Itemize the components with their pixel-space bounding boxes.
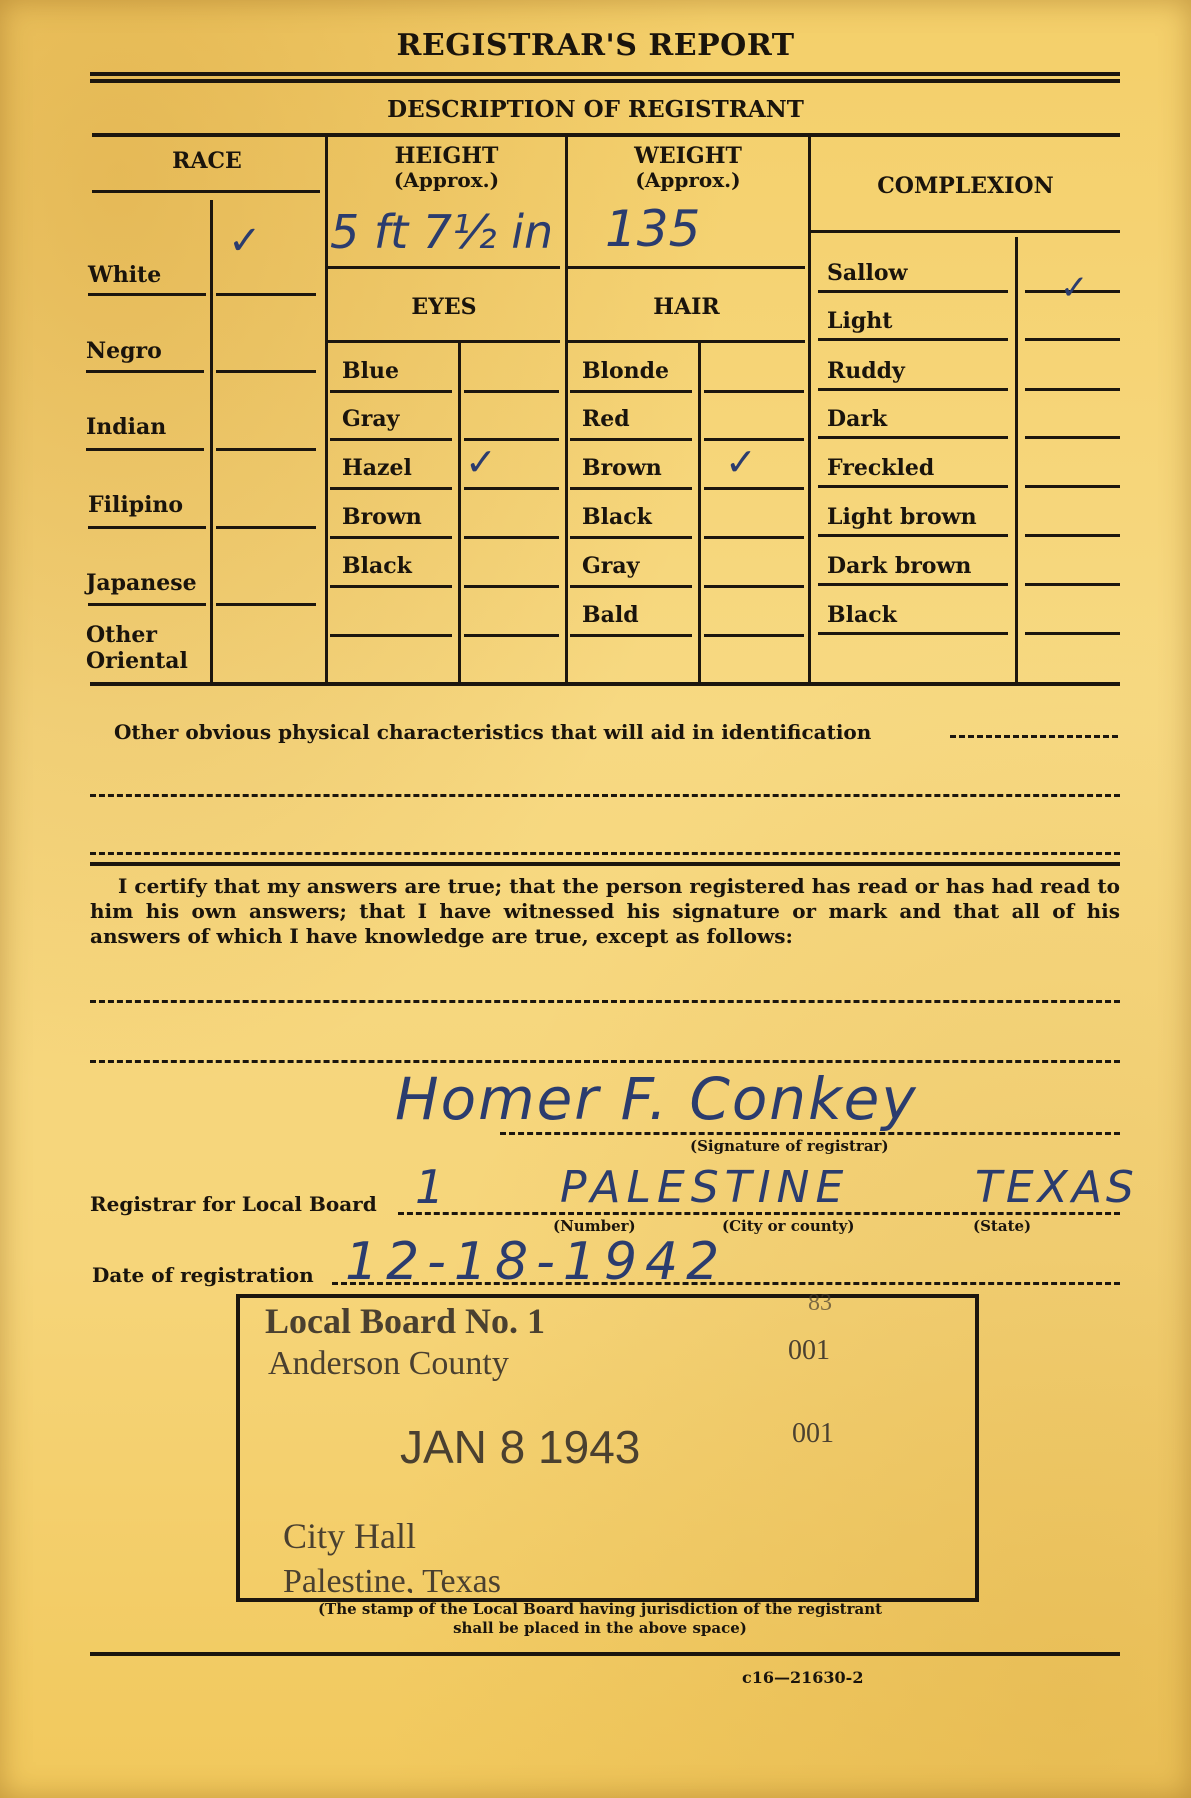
hair-row-rule [570, 390, 692, 393]
complexion-row-rule [818, 534, 1008, 537]
race-check-rule [216, 370, 316, 373]
stamp-line-3: City Hall [283, 1515, 416, 1557]
complexion-option-light-brown: Light brown [827, 504, 977, 530]
eyes-option-hazel: Hazel [342, 455, 412, 481]
complexion-option-dark: Dark [827, 406, 887, 432]
section-title: DESCRIPTION OF REGISTRANT [0, 96, 1191, 123]
race-row-rule [88, 526, 206, 529]
registrar-signature[interactable]: Homer F. Conkey [395, 1065, 918, 1133]
complexion-option-freckled: Freckled [827, 455, 934, 481]
eyes-header-rule [328, 340, 560, 343]
race-option-negro: Negro [86, 338, 162, 364]
hair-check-rule [704, 487, 804, 490]
weight-header-sub: (Approx.) [568, 168, 808, 192]
table-bottom-rule [90, 682, 1120, 686]
complexion-option-light: Light [827, 308, 892, 334]
stamp-code-2: 001 [788, 1335, 830, 1367]
hair-row-rule [570, 438, 692, 441]
hair-option-black: Black [582, 504, 652, 530]
hair-option-blonde: Blonde [582, 358, 669, 384]
hair-option-red: Red [582, 406, 630, 432]
registration-date[interactable]: 12-18-1942 [345, 1232, 727, 1292]
race-option-white: White [88, 262, 161, 288]
eyes-row-rule [330, 536, 452, 539]
board-state[interactable]: Texas [975, 1162, 1138, 1213]
eyes-option-brown: Brown [342, 504, 422, 530]
race-row-rule [88, 293, 206, 296]
divider-hair-check [698, 342, 701, 683]
race-check-rule [216, 293, 316, 296]
complexion-option-ruddy: Ruddy [827, 358, 905, 384]
complexion-row-rule [818, 583, 1008, 586]
stamp-caption-line-2: shall be placed in the above space) [200, 1619, 1000, 1638]
hair-row-rule [570, 487, 692, 490]
complexion-check-rule [1025, 485, 1120, 488]
complexion-row-rule [818, 290, 1008, 293]
hair-check-rule [704, 390, 804, 393]
exceptions-line-1[interactable] [90, 1000, 1120, 1003]
eyes-option-gray: Gray [342, 406, 399, 432]
race-check-rule [216, 448, 316, 451]
stamp-line-4: Palestine, Texas [283, 1563, 501, 1593]
weight-value-rule [568, 266, 805, 269]
eyes-hazel-check[interactable]: ✓ [465, 440, 497, 484]
complexion-check-rule [1025, 436, 1120, 439]
other-characteristics-label: Other obvious physical characteristics t… [114, 720, 871, 744]
hair-row-rule [570, 634, 692, 637]
eyes-header: EYES [328, 296, 560, 318]
eyes-row-rule [330, 487, 452, 490]
signature-line[interactable] [500, 1132, 1120, 1135]
hair-check-rule [704, 634, 804, 637]
stamp-code-1: 83 [808, 1290, 832, 1317]
stamp-date: JAN 8 1943 [400, 1420, 640, 1474]
other-characteristics-line-2[interactable] [90, 794, 1120, 797]
divider-eyes-check [458, 342, 461, 683]
race-white-check[interactable]: ✓ [228, 218, 262, 264]
hair-header-rule [568, 340, 805, 343]
state-caption: (State) [973, 1217, 1031, 1235]
eyes-check-rule [464, 487, 559, 490]
hair-check-rule [704, 585, 804, 588]
page-title: REGISTRAR'S REPORT [0, 28, 1191, 63]
other-characteristics-field[interactable] [950, 735, 1118, 738]
divider-race-height [325, 135, 328, 683]
divider-complexion-check [1015, 237, 1018, 683]
eyes-check-rule [464, 585, 559, 588]
complexion-header-rule [811, 230, 1120, 233]
date-label: Date of registration [92, 1263, 314, 1287]
stamp-caption-line-1: (The stamp of the Local Board having jur… [200, 1600, 1000, 1619]
exceptions-line-2[interactable] [90, 1060, 1120, 1063]
race-row-rule [86, 448, 204, 451]
complexion-check-rule [1025, 632, 1120, 635]
race-option-other-oriental: Other Oriental [86, 622, 210, 674]
eyes-check-rule [464, 390, 559, 393]
race-header: RACE [92, 150, 322, 172]
section-divider-rule [90, 862, 1120, 866]
complexion-option-sallow: Sallow [827, 260, 907, 286]
stamp-line-1: Local Board No. 1 [265, 1300, 545, 1342]
complexion-check-rule [1025, 388, 1120, 391]
race-option-filipino: Filipino [88, 492, 183, 518]
complexion-check-rule [1025, 338, 1120, 341]
eyes-option-black: Black [342, 553, 412, 579]
other-characteristics-line-3[interactable] [90, 852, 1120, 855]
divider-height-weight [565, 135, 568, 683]
city-caption: (City or county) [722, 1217, 854, 1235]
board-number[interactable]: 1 [415, 1160, 444, 1214]
complexion-row-rule [818, 338, 1008, 341]
weight-value[interactable]: 135 [605, 200, 700, 258]
certification-text: I certify that my answers are true; that… [90, 874, 1120, 949]
race-option-japanese: Japanese [86, 570, 197, 596]
eyes-check-rule [464, 634, 559, 637]
divider-race-check [210, 200, 213, 683]
board-city[interactable]: Palestine [560, 1162, 849, 1213]
race-row-rule [86, 370, 204, 373]
hair-brown-check[interactable]: ✓ [725, 440, 757, 484]
height-value[interactable]: 5 ft 7½ in [330, 205, 553, 259]
title-rule-top [90, 72, 1120, 76]
complexion-row-rule [818, 485, 1008, 488]
hair-option-bald: Bald [582, 602, 639, 628]
table-top-rule [92, 133, 1120, 137]
divider-weight-complexion [808, 135, 811, 683]
eyes-row-rule [330, 438, 452, 441]
height-value-rule [328, 266, 560, 269]
complexion-option-dark-brown: Dark brown [827, 553, 971, 579]
signature-caption: (Signature of registrar) [690, 1137, 889, 1155]
hair-option-brown: Brown [582, 455, 662, 481]
hair-option-gray: Gray [582, 553, 639, 579]
hair-header: HAIR [568, 296, 805, 318]
registrar-report-card: REGISTRAR'S REPORT DESCRIPTION OF REGIST… [0, 0, 1191, 1798]
eyes-check-rule [464, 536, 559, 539]
complexion-check-rule [1025, 583, 1120, 586]
height-header-sub: (Approx.) [328, 168, 565, 192]
complexion-header: COMPLEXION [811, 175, 1120, 197]
eyes-option-blue: Blue [342, 358, 399, 384]
stamp-code-3: 001 [792, 1418, 834, 1450]
registrar-board-label: Registrar for Local Board [90, 1192, 377, 1216]
title-rule-bottom [90, 79, 1120, 83]
complexion-row-rule [818, 632, 1008, 635]
complexion-light-check[interactable]: ✓ [1060, 268, 1089, 308]
eyes-row-rule [330, 585, 452, 588]
eyes-row-rule [330, 390, 452, 393]
stamp-line-2: Anderson County [268, 1345, 509, 1383]
stamp-caption: (The stamp of the Local Board having jur… [200, 1600, 1000, 1638]
hair-check-rule [704, 536, 804, 539]
complexion-row-rule [818, 436, 1008, 439]
hair-row-rule [570, 585, 692, 588]
hair-row-rule [570, 536, 692, 539]
form-number: c16—21630-2 [742, 1668, 863, 1687]
height-header: HEIGHT [328, 145, 565, 167]
race-header-rule [92, 190, 320, 193]
race-check-rule [216, 603, 316, 606]
race-option-indian: Indian [86, 414, 166, 440]
complexion-row-rule [818, 388, 1008, 391]
complexion-check-rule [1025, 534, 1120, 537]
complexion-option-black: Black [827, 602, 897, 628]
weight-header: WEIGHT [568, 145, 808, 167]
eyes-row-rule [330, 634, 452, 637]
race-check-rule [216, 526, 316, 529]
footer-rule [90, 1652, 1120, 1656]
race-row-rule [88, 603, 206, 606]
